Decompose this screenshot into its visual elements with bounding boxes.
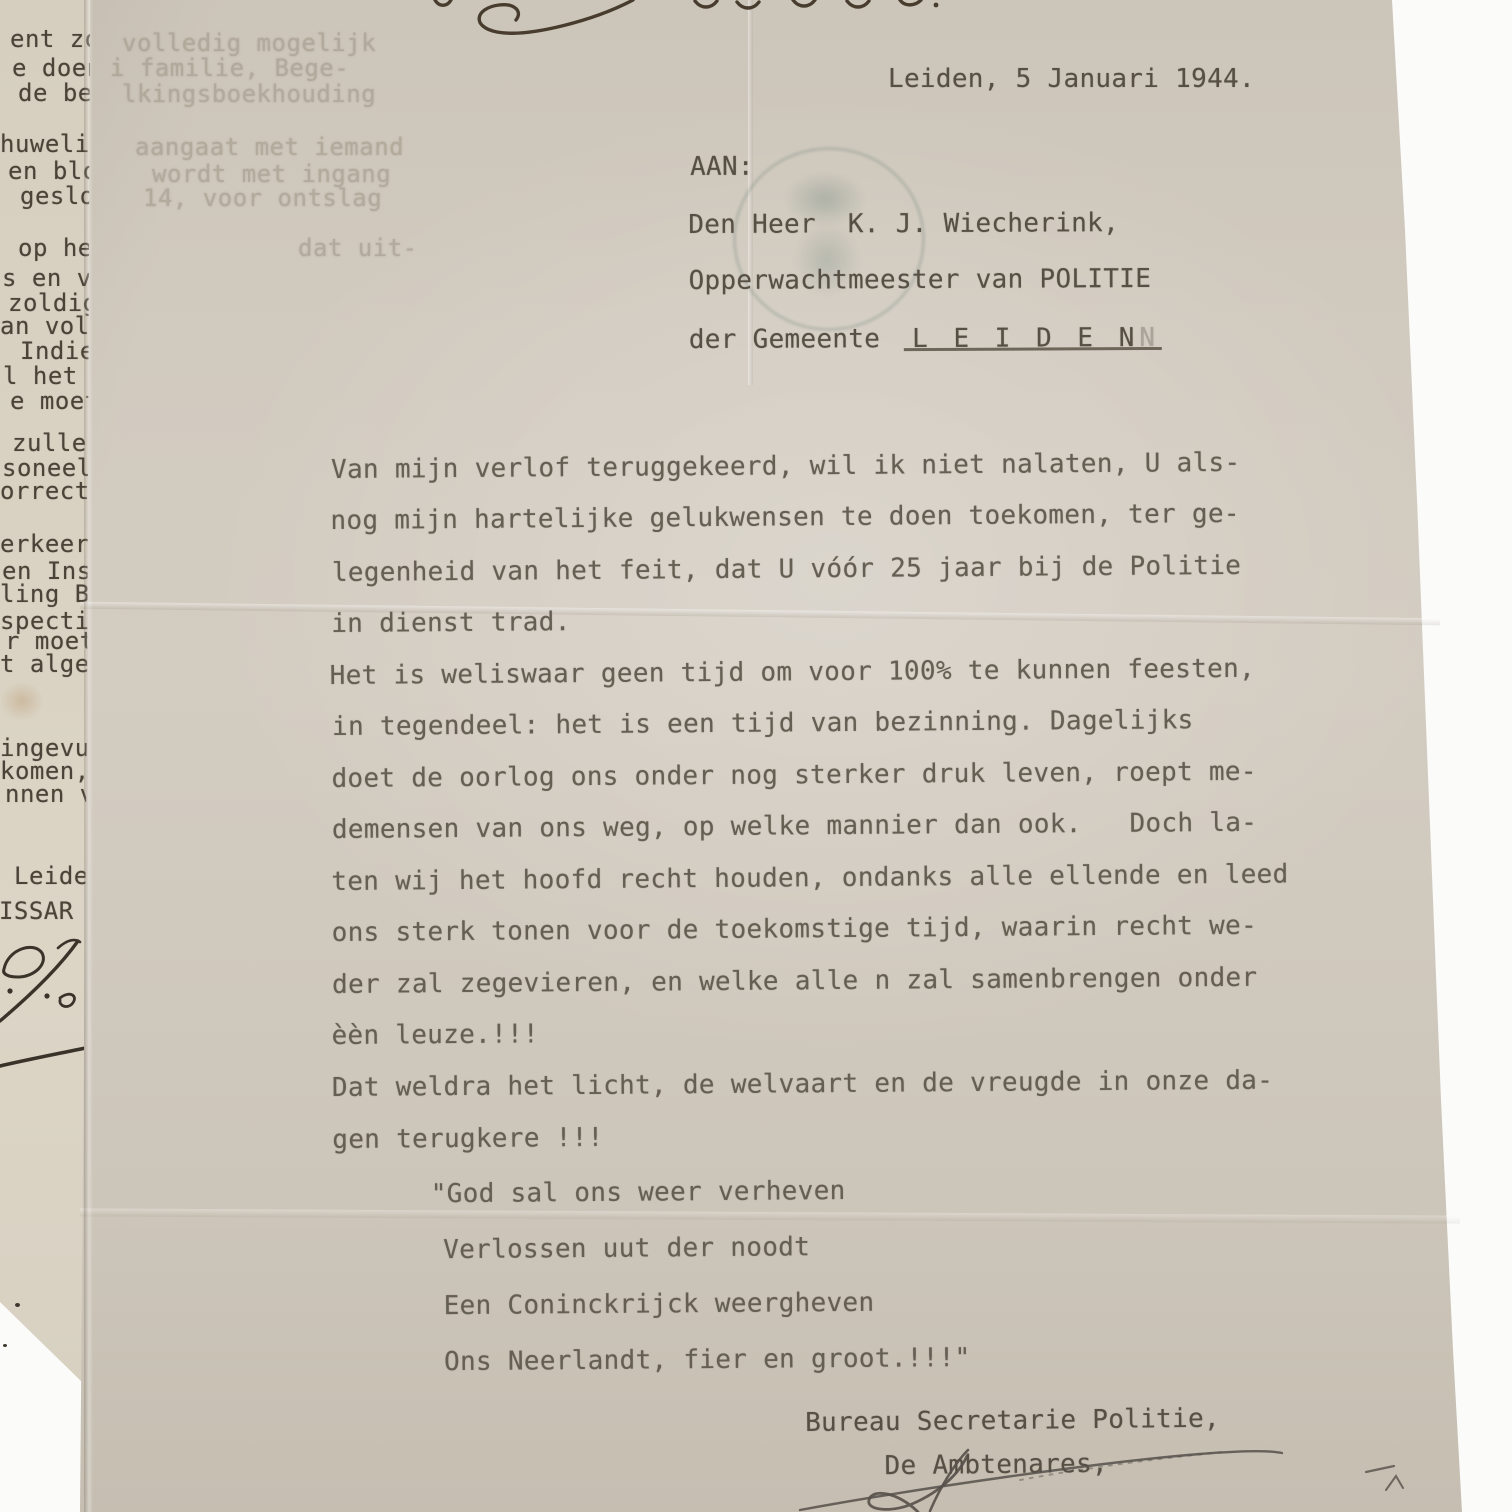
- page-edge: [84, 0, 93, 1512]
- municipality-prefix: der Gemeente: [689, 324, 912, 355]
- bleed-fragment: dat uit-: [298, 234, 418, 262]
- verse-line: Een Coninckrijck weergheven: [444, 1288, 875, 1321]
- ink-speck: [3, 1344, 7, 1347]
- bleed-fragment: volledig mogelijk: [122, 29, 376, 57]
- page-fragment: nnen v: [5, 780, 95, 808]
- recipient-label: AAN:: [690, 152, 754, 182]
- page-fragment: huweli: [0, 130, 90, 158]
- body-line: èèn leuze.!!!: [331, 1019, 539, 1051]
- bleed-fragment: lkingsboekhouding: [122, 80, 376, 108]
- body-line: in dienst trad.: [331, 607, 571, 639]
- verse-line: "God sal ons weer verheven: [431, 1176, 846, 1209]
- ink-speck: [15, 1303, 20, 1307]
- bleed-fragment: aangaat met iemand: [135, 133, 404, 161]
- page-fragment: an vol: [0, 312, 90, 340]
- body-line: gen terugkere !!!: [332, 1123, 603, 1155]
- recipient-title: Opperwachtmeester van POLITIE: [688, 264, 1151, 296]
- page-fragment: erkeer: [0, 530, 90, 558]
- page-fragment: orrect: [0, 477, 90, 505]
- page-fragment: de be: [18, 79, 93, 107]
- page-fragment: l het: [3, 362, 78, 390]
- page-fragment: s en v: [2, 264, 92, 292]
- recipient-name: Den Heer K. J. Wiecherink,: [688, 208, 1119, 240]
- verse-line: Verlossen uut der noodt: [443, 1232, 810, 1265]
- scanned-letter-photo: { "letterhead": { "script_text": "Gemeen…: [0, 0, 1512, 1512]
- page-fragment: op he: [18, 234, 93, 262]
- bleed-fragment: 14, voor ontslag: [143, 184, 382, 212]
- date-line: Leiden, 5 Januari 1944.: [888, 64, 1255, 94]
- bleed-fragment: i familie, Bege-: [110, 54, 349, 82]
- page-fragment: ling B: [0, 580, 90, 608]
- signature-pencil-bottom: [770, 1392, 1450, 1512]
- verse-line: Ons Neerlandt, fier en groot.!!!": [444, 1343, 971, 1377]
- letterhead-script-handwriting: [395, 0, 955, 46]
